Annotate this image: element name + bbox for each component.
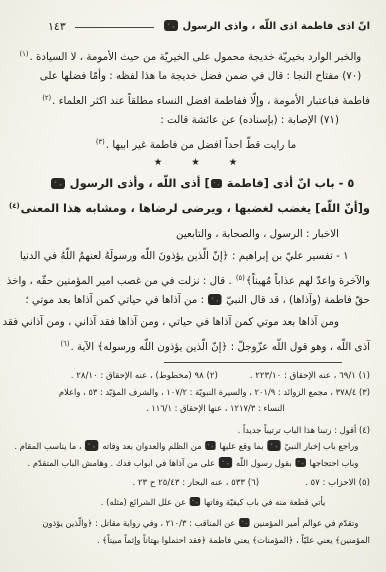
footnote-row: وراجع باب إخبار النبيّ ﷺ بما وقع عليها ﵍… xyxy=(44,439,370,456)
footnote-marker: (٣) xyxy=(95,138,106,146)
text-run: (٧١) الإصابة : (بإسناده) عن عائشة قالت : xyxy=(160,114,339,126)
footnotes-block: (١) ٦٩/١ ، عنه الإحقاق : ٢٢٣/١٠ .(٢) ٩٨ … xyxy=(34,368,370,549)
text-run: (٦) ٥٣٣ ، عنه البحار : ٢٥/٤٣ ح ٢٣ . xyxy=(132,478,259,488)
running-head-title: انّ اذى فاطمة اذى اللّه ، واذى الرسول ﷺ xyxy=(163,20,370,32)
hadith-1-line-5: آذى اللّه ، وهو قول اللّه عزّوجلّ : ﴿إنّ… xyxy=(44,333,370,355)
footnote-6-line-2: يأتي قطعة منه في باب كيفيّة وفاتها ﵍ عن … xyxy=(101,498,326,508)
text-run: ★ ★ ★ xyxy=(154,157,251,168)
text-run: وباب احتجاجها ﵍ بقول رسول اللّه ﷺ على من… xyxy=(28,459,359,469)
honorific-prophet-icon: ﷺ xyxy=(164,20,178,31)
honorific-prophet-icon: ﷺ xyxy=(85,440,99,451)
entry-70-line-2: فاطمة فباعتبار الأمومة ، وإلّا ففاطمة اف… xyxy=(44,87,370,109)
text-run: الاخبار : الرسول ، والصحابة ، والتابعين xyxy=(176,228,339,240)
footnote-1: (١) ٦٩/١ ، عنه الإحقاق : ٢٢٣/١٠ . xyxy=(250,368,370,385)
entry-71-line-2: ما رايت قطّ احداً افضل من فاطمة غير ابيه… xyxy=(44,131,370,153)
footnote-4-line-3: وباب احتجاجها ﵍ بقول رسول اللّه ﷺ على من… xyxy=(28,459,359,469)
text-run: ١ - تفسير عليّ بن إبراهيم : ﴿إنّ الّذين … xyxy=(20,250,349,262)
text-run: وراجع باب إخبار النبيّ ﷺ بما وقع عليها ﵍… xyxy=(14,442,358,452)
footnote-4-line-2: وراجع باب إخبار النبيّ ﷺ بما وقع عليها ﵍… xyxy=(14,442,358,452)
chapter-title-line-2: و[أنّ اللّه] يغضب لغضبها ، ويرضى لرضاها … xyxy=(34,195,370,218)
footnote-separator xyxy=(164,362,342,363)
footnote-marker: (٢) xyxy=(41,94,52,102)
hadith-1-line-1: ١ - تفسير عليّ بن إبراهيم : ﴿إنّ الّذين … xyxy=(44,245,370,267)
text-run: والخبر الوارد بخيريّة خديجة محمول على ال… xyxy=(29,51,361,63)
text-run: (٤) أقول : رتبنا هذا الباب ترتيباً جديدا… xyxy=(238,426,370,436)
honorific-salam-icon: ﵇ xyxy=(239,518,250,527)
footnote-6-line-4: المؤمنين﴾ يعني عليّاً ، ﴿المؤمنات﴾ يعني … xyxy=(97,536,370,546)
stars-divider: ★ ★ ★ xyxy=(34,153,370,172)
footnote-row: النساء : ١٢١٧/٣ ، عنها الإحقاق : ١١٦/١ . xyxy=(44,401,370,418)
text-run: آذى اللّه ، وهو قول اللّه عزّوجلّ : ﴿إنّ… xyxy=(70,341,370,353)
footnote-6-line-3: وتقدّم في عوالم أمير المؤمنين ﵇ عن المنا… xyxy=(42,519,358,529)
text-run: يأتي قطعة منه في باب كيفيّة وفاتها ﵍ عن … xyxy=(101,498,326,508)
header-rule xyxy=(75,27,154,28)
footnote-row: (٥) الاحزاب : ٥٧ .(٦) ٥٣٣ ، عنه البحار :… xyxy=(34,475,370,492)
footnote-3-line-2: النساء : ١٢١٧/٣ ، عنها الإحقاق : ١١٦/١ . xyxy=(146,404,285,414)
body-line-khabar: والخبر الوارد بخيريّة خديجة محمول على ال… xyxy=(44,43,370,65)
body-text-block: والخبر الوارد بخيريّة خديجة محمول على ال… xyxy=(34,43,370,355)
text-run: (١) ٦٩/١ ، عنه الإحقاق : ٢٢٣/١٠ . xyxy=(250,371,370,381)
page-number: ١٤٣ xyxy=(48,20,66,33)
footnote-marker: (٥) xyxy=(235,274,246,282)
akhbar-line: الاخبار : الرسول ، والصحابة ، والتابعين xyxy=(44,223,370,245)
footnote-row: (١) ٦٩/١ ، عنه الإحقاق : ٢٢٣/١٠ .(٢) ٩٨ … xyxy=(34,368,370,385)
honorific-prophet-icon: ﷺ xyxy=(208,294,222,305)
text-run: ما رايت قطّ احداً افضل من فاطمة غير ابيه… xyxy=(106,139,296,151)
honorific-prophet-icon: ﷺ xyxy=(219,457,233,468)
footnote-5: (٥) الاحزاب : ٥٧ . xyxy=(305,475,370,492)
text-run: حقّ فاطمة (وآذاها) ، قد قال النبيّ ﷺ : م… xyxy=(25,294,370,306)
footnote-row: (٤) أقول : رتبنا هذا الباب ترتيباً جديدا… xyxy=(44,423,370,440)
text-run: ٥ - باب انّ أذى [فاطمة ﵍] أذى اللّه ، وأ… xyxy=(50,176,355,190)
text-run: ومن آذاها بعد موتي كمن آذاها في حياتي ، … xyxy=(3,316,339,328)
text-run: و[أنّ اللّه] يغضب لغضبها ، ويرضى لرضاها … xyxy=(21,201,370,215)
text-run: والآخرة واعدّ لهم عذاباً مُهيناً﴾ xyxy=(246,275,370,287)
text-run: . قال : نزلت في من غصب امير المؤمنين حقّ… xyxy=(7,275,235,287)
text-run: (٣) ٣٧٨/٤ ، مجمع الزوائد : ٢٠١/٩ ، والسي… xyxy=(59,388,370,398)
footnote-marker: (٦) xyxy=(60,340,71,348)
footnote-3-line-1: (٣) ٣٧٨/٤ ، مجمع الزوائد : ٢٠١/٩ ، والسي… xyxy=(59,388,370,398)
honorific-salam-feminine-icon: ﵍ xyxy=(205,441,216,450)
footnote-6: (٦) ٥٣٣ ، عنه البحار : ٢٥/٤٣ ح ٢٣ . xyxy=(132,475,259,492)
honorific-prophet-icon: ﷺ xyxy=(267,440,281,451)
footnote-row: يأتي قطعة منه في باب كيفيّة وفاتها ﵍ عن … xyxy=(44,495,370,512)
footnote-row: وباب احتجاجها ﵍ بقول رسول اللّه ﷺ على من… xyxy=(44,456,370,473)
honorific-salam-feminine-icon: ﵍ xyxy=(211,179,222,188)
footnote-2: (٢) ٩٨ (مخطوط) ، عنه الإحقاق : ٢٨/١٠ . xyxy=(71,368,218,385)
footnote-row: (٣) ٣٧٨/٤ ، مجمع الزوائد : ٢٠١/٩ ، والسي… xyxy=(44,385,370,402)
text-run: فاطمة فباعتبار الأمومة ، وإلّا ففاطمة اف… xyxy=(52,95,370,107)
text-run: (٧٠) مفتاح النجا : قال في ضمن فضل خديجة … xyxy=(40,70,361,82)
footnote-row: المؤمنين﴾ يعني عليّاً ، ﴿المؤمنات﴾ يعني … xyxy=(44,533,370,550)
honorific-prophet-icon: ﷺ xyxy=(51,178,65,189)
footnote-row: وتقدّم في عوالم أمير المؤمنين ﵇ عن المنا… xyxy=(44,516,370,533)
text-run: النساء : ١٢١٧/٣ ، عنها الإحقاق : ١١٦/١ . xyxy=(146,404,285,414)
page-header: انّ اذى فاطمة اذى اللّه ، واذى الرسول ﷺ … xyxy=(34,18,370,34)
text-run: المؤمنين﴾ يعني عليّاً ، ﴿المؤمنات﴾ يعني … xyxy=(97,536,370,546)
hadith-1-line-4: ومن آذاها بعد موتي كمن آذاها في حياتي ، … xyxy=(44,311,370,333)
text-run: (٢) ٩٨ (مخطوط) ، عنه الإحقاق : ٢٨/١٠ . xyxy=(71,371,218,381)
book-page: انّ اذى فاطمة اذى اللّه ، واذى الرسول ﷺ … xyxy=(0,0,386,572)
text-run: (٥) الاحزاب : ٥٧ . xyxy=(305,478,370,488)
footnote-4-line-1: (٤) أقول : رتبنا هذا الباب ترتيباً جديدا… xyxy=(238,426,370,436)
footnote-marker: (٤) xyxy=(8,202,21,210)
honorific-salam-feminine-icon: ﵍ xyxy=(190,497,201,506)
hadith-1-line-3: حقّ فاطمة (وآذاها) ، قد قال النبيّ ﷺ : م… xyxy=(44,289,370,311)
footnote-marker: (١) xyxy=(19,50,30,58)
entry-70-line-1: (٧٠) مفتاح النجا : قال في ضمن فضل خديجة … xyxy=(44,65,370,87)
text-run: وتقدّم في عوالم أمير المؤمنين ﵇ عن المنا… xyxy=(42,519,358,529)
hadith-1-line-2: والآخرة واعدّ لهم عذاباً مُهيناً﴾(٥) . ق… xyxy=(44,267,370,289)
entry-71-line-1: (٧١) الإصابة : (بإسناده) عن عائشة قالت : xyxy=(44,109,370,131)
chapter-title-line-1: ٥ - باب انّ أذى [فاطمة ﵍] أذى اللّه ، وأ… xyxy=(34,172,370,195)
honorific-salam-feminine-icon: ﵍ xyxy=(295,458,306,467)
